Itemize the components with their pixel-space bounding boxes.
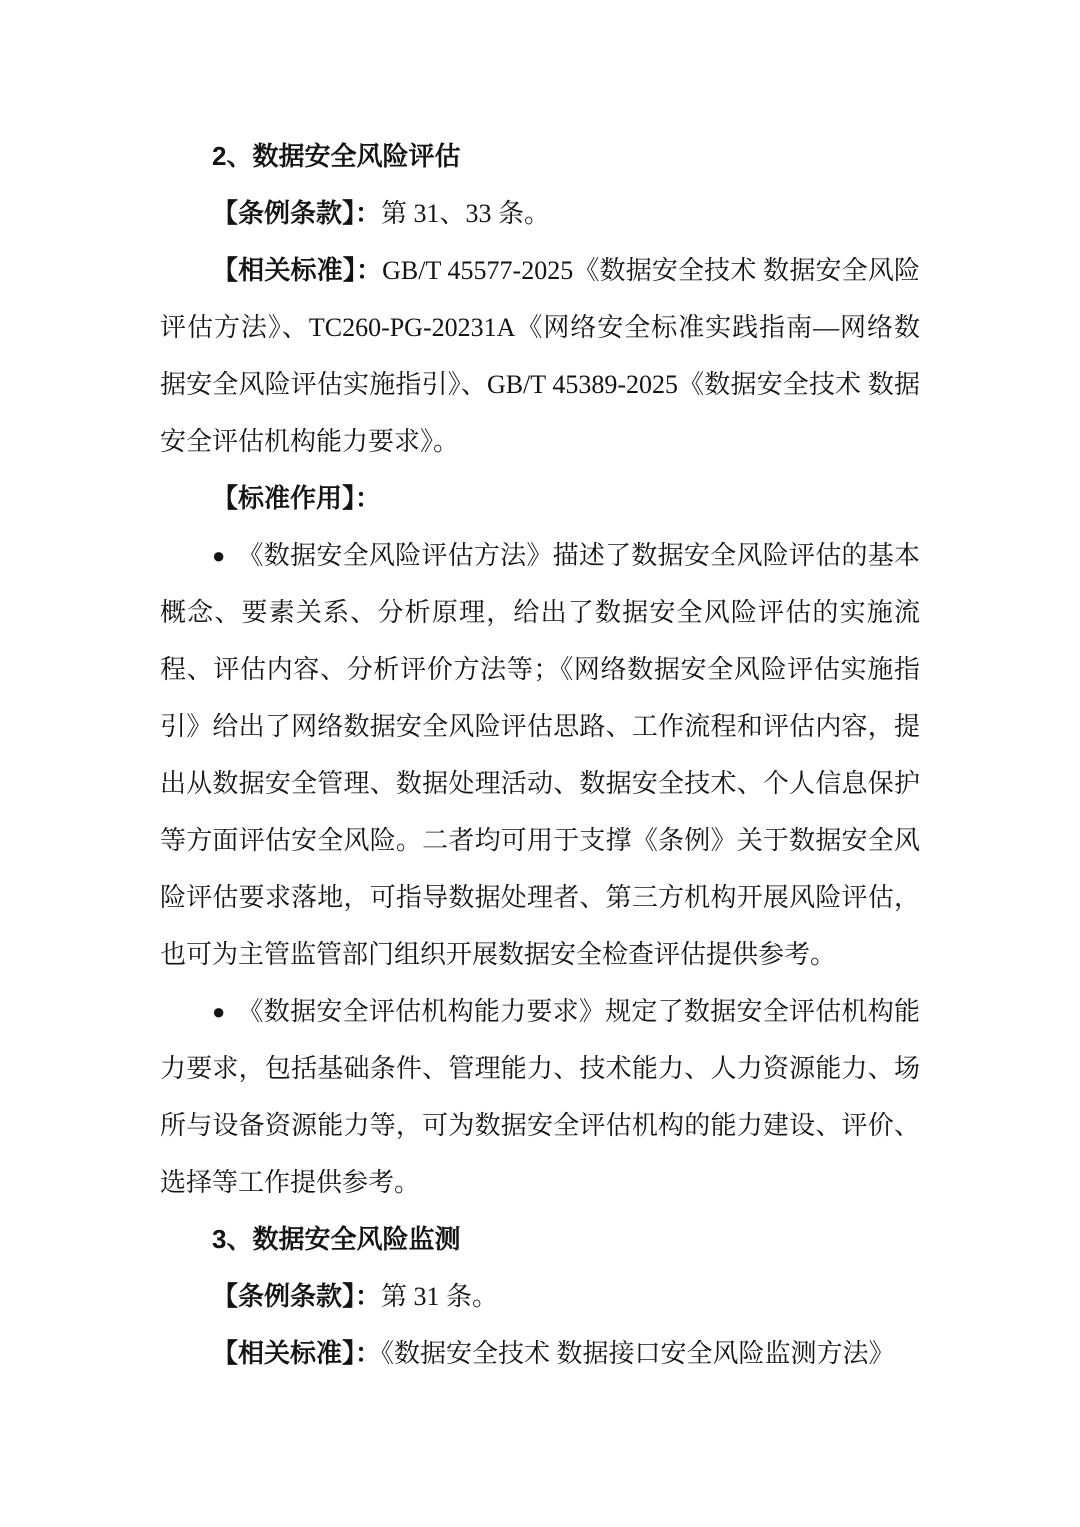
bullet-item-risk-assessment-method: ●《数据安全风险评估方法》描述了数据安全风险评估的基本概念、要素关系、分析原理，… <box>160 527 920 983</box>
section-heading-risk-monitoring: 3、数据安全风险监测 <box>160 1211 920 1268</box>
related-standards-label-2: 【相关标准】： <box>212 1338 381 1368</box>
related-standards-label: 【相关标准】： <box>212 255 382 285</box>
clause-terms-paragraph: 【条例条款】：第 31、33 条。 <box>160 185 920 242</box>
related-standards-text: GB/T 45577-2025《数据安全技术 数据安全风险评估方法》、TC260… <box>160 256 920 456</box>
clause-terms-label: 【条例条款】： <box>212 198 381 228</box>
bullet-icon: ● <box>212 527 225 584</box>
related-standards-text-2: 《数据安全技术 数据接口安全风险监测方法》 <box>381 1339 895 1368</box>
bullet-text-assessment-institution: 《数据安全评估机构能力要求》规定了数据安全评估机构能力要求，包括基础条件、管理能… <box>160 997 920 1197</box>
standard-role-label: 【标准作用】： <box>212 483 381 513</box>
clause-terms-text-2: 第 31 条。 <box>381 1282 498 1311</box>
clause-terms-label-2: 【条例条款】： <box>212 1281 381 1311</box>
clause-terms-text: 第 31、33 条。 <box>381 199 550 228</box>
bullet-icon: ● <box>212 983 225 1040</box>
standard-role-paragraph: 【标准作用】： <box>160 470 920 527</box>
bullet-item-assessment-institution: ●《数据安全评估机构能力要求》规定了数据安全评估机构能力要求，包括基础条件、管理… <box>160 983 920 1211</box>
related-standards-paragraph: 【相关标准】：GB/T 45577-2025《数据安全技术 数据安全风险评估方法… <box>160 242 920 470</box>
clause-terms-paragraph-2: 【条例条款】：第 31 条。 <box>160 1268 920 1325</box>
related-standards-paragraph-2: 【相关标准】：《数据安全技术 数据接口安全风险监测方法》 <box>160 1325 920 1382</box>
document-page: 2、数据安全风险评估 【条例条款】：第 31、33 条。 【相关标准】：GB/T… <box>0 0 1080 1527</box>
section-heading-risk-assessment: 2、数据安全风险评估 <box>160 128 920 185</box>
bullet-text-risk-assessment-method: 《数据安全风险评估方法》描述了数据安全风险评估的基本概念、要素关系、分析原理，给… <box>160 541 920 969</box>
